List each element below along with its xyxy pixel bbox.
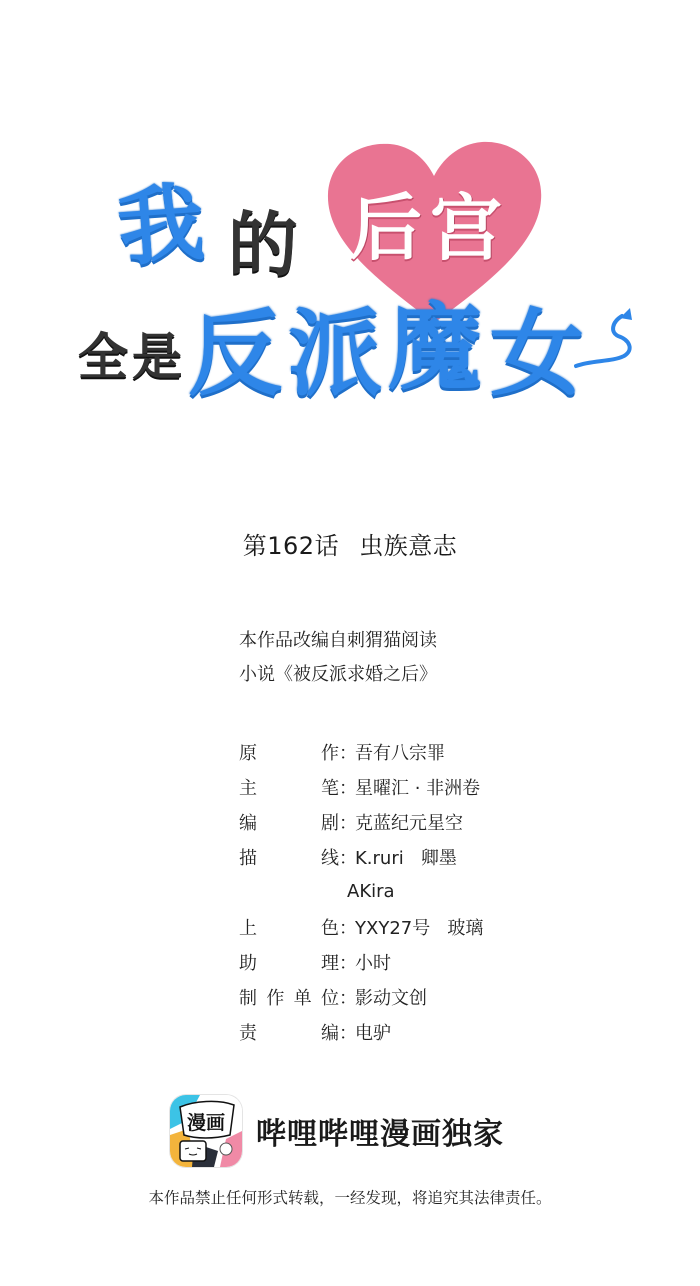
credit-value: 影动文创	[355, 984, 427, 1010]
logo-char-gong: 宫	[430, 192, 502, 264]
devil-tail-icon	[572, 300, 652, 380]
credit-label: 主笔	[239, 774, 339, 800]
source-line-2: 小说《被反派求婚之后》	[239, 658, 437, 692]
svg-text:漫画: 漫画	[187, 1111, 225, 1134]
credit-label: 助理	[239, 949, 339, 975]
logo-char-nv: 女	[490, 308, 584, 402]
logo-char-quan: 全	[78, 332, 128, 382]
credit-label: 编剧	[239, 809, 339, 835]
chapter-number: 第162话	[243, 532, 339, 560]
credit-row-original-author: 原作 ： 吾有八宗罪	[239, 734, 483, 769]
credit-value: YXY27号 玻璃	[355, 914, 483, 940]
credit-value: 小时	[355, 949, 391, 975]
exclusive-banner: 漫画 哔哩哔哩漫画独家	[170, 1095, 504, 1167]
credit-label: 上色	[239, 914, 339, 940]
credit-row-assistant: 助理 ： 小时	[239, 944, 483, 979]
credit-label: 描线	[239, 844, 339, 870]
credit-value: 克蓝纪元星空	[355, 809, 463, 835]
credits-list: 原作 ： 吾有八宗罪 主笔 ： 星曜汇 · 非洲卷 编剧 ： 克蓝纪元星空 描线…	[239, 734, 483, 1049]
credit-row-lead-artist: 主笔 ： 星曜汇 · 非洲卷	[239, 769, 483, 804]
credit-row-production: 制作单位 ： 影动文创	[239, 979, 483, 1014]
credit-row-script: 编剧 ： 克蓝纪元星空	[239, 804, 483, 839]
credit-value: 吾有八宗罪	[355, 739, 445, 765]
logo-char-mo: 魔	[388, 302, 482, 396]
credit-value: 电驴	[355, 1019, 391, 1045]
exclusive-label: 哔哩哔哩漫画独家	[256, 1109, 504, 1153]
source-line-1: 本作品改编自刺猬猫阅读	[239, 624, 437, 658]
chapter-title: 虫族意志	[359, 532, 457, 560]
credit-row-lineart: 描线 ： K.ruri 卿墨	[239, 839, 483, 874]
credit-label: 原作	[239, 739, 339, 765]
credit-value-continuation: AKira	[239, 874, 483, 909]
comic-title-logo: 我 的 后 宫 全 是 反 派 魔 女	[0, 0, 700, 440]
credit-label: 制作单位	[239, 984, 339, 1010]
credit-value: 星曜汇 · 非洲卷	[355, 774, 480, 800]
copyright-notice: 本作品禁止任何形式转载，一经发现，将追究其法律责任。	[0, 1186, 700, 1208]
logo-char-shi: 是	[132, 332, 182, 382]
bilibili-manga-app-icon: 漫画	[170, 1095, 242, 1167]
chapter-heading: 第162话 虫族意志	[0, 526, 700, 561]
logo-char-fan: 反	[188, 308, 282, 402]
credit-label: 责编	[239, 1019, 339, 1045]
logo-char-wo: 我	[115, 180, 207, 272]
adaptation-source: 本作品改编自刺猬猫阅读 小说《被反派求婚之后》	[239, 624, 437, 692]
credit-value: K.ruri 卿墨	[355, 844, 457, 870]
logo-char-hou: 后	[350, 192, 422, 264]
logo-char-pai: 派	[288, 308, 382, 402]
credit-row-coloring: 上色 ： YXY27号 玻璃	[239, 909, 483, 944]
logo-char-de: 的	[228, 210, 298, 280]
credit-row-editor: 责编 ： 电驴	[239, 1014, 483, 1049]
